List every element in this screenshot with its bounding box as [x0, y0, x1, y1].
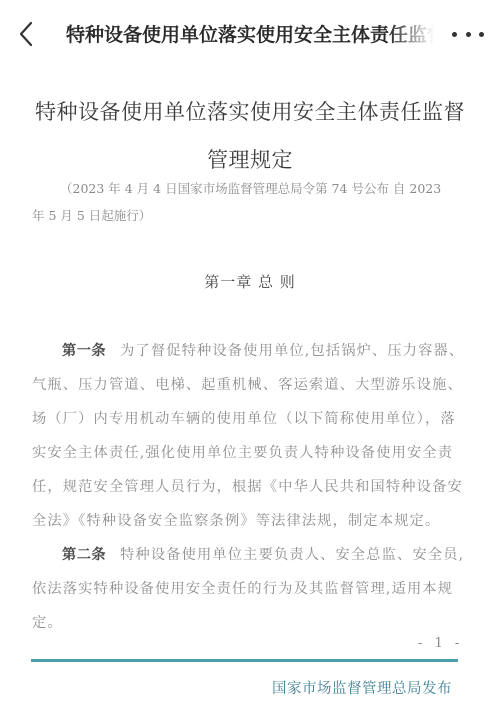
chapter-heading: 第一章 总 则 [0, 271, 500, 292]
document-page: 特种设备使用单位落实使用安全主体责任监督 管理规定 （2023 年 4 月 4 … [0, 70, 500, 702]
publication-note-line-1: （2023 年 4 月 4 日国家市场监督管理总局令第 74 号公布 自 202… [60, 179, 480, 197]
article-1-line: 任，规范安全管理人员行为，根据《中华人民共和国特种设备安 [32, 476, 457, 496]
document-title-line-2: 管理规定 [20, 144, 480, 174]
footer-divider [31, 659, 458, 662]
more-button[interactable] [452, 26, 484, 42]
more-dot-icon [479, 32, 484, 37]
article-1-line: 全法》《特种设备安全监察条例》等法律法规，制定本规定。 [32, 510, 457, 530]
publisher-label: 国家市场监督管理总局发布 [272, 677, 452, 698]
more-dot-icon [452, 32, 457, 37]
document-title-line-1: 特种设备使用单位落实使用安全主体责任监督 [20, 96, 480, 126]
page-number: - 1 - [418, 636, 463, 651]
article-2-line: 定。 [32, 612, 457, 632]
article-1-text: 为了督促特种设备使用单位,包括锅炉、压力容器、 [120, 343, 464, 359]
article-1-line: 第一条为了督促特种设备使用单位,包括锅炉、压力容器、 [62, 340, 487, 360]
article-2-label: 第二条 [62, 547, 106, 563]
more-dot-icon [466, 32, 471, 37]
article-1-line: 场（厂）内专用机动车辆的使用单位（以下简称使用单位），落 [32, 408, 457, 428]
top-nav-bar: 特种设备使用单位落实使用安全主体责任监督管理规定 [0, 0, 500, 70]
article-2-line: 依法落实特种设备使用安全责任的行为及其监督管理,适用本规 [32, 578, 457, 598]
article-1-line: 气瓶、压力管道、电梯、起重机械、客运索道、大型游乐设施、 [32, 374, 457, 394]
article-1-label: 第一条 [62, 343, 106, 359]
article-2-text: 特种设备使用单位主要负责人、安全总监、安全员, [120, 547, 464, 563]
back-button[interactable] [14, 18, 38, 50]
nav-title: 特种设备使用单位落实使用安全主体责任监督管理规定 [66, 20, 434, 50]
chevron-left-icon [14, 18, 38, 50]
article-1-line: 实安全主体责任,强化使用单位主要负责人特种设备使用安全责 [32, 442, 457, 462]
article-2-line: 第二条特种设备使用单位主要负责人、安全总监、安全员, [62, 544, 487, 564]
publication-note-line-2: 年 5 月 5 日起施行） [32, 206, 452, 224]
